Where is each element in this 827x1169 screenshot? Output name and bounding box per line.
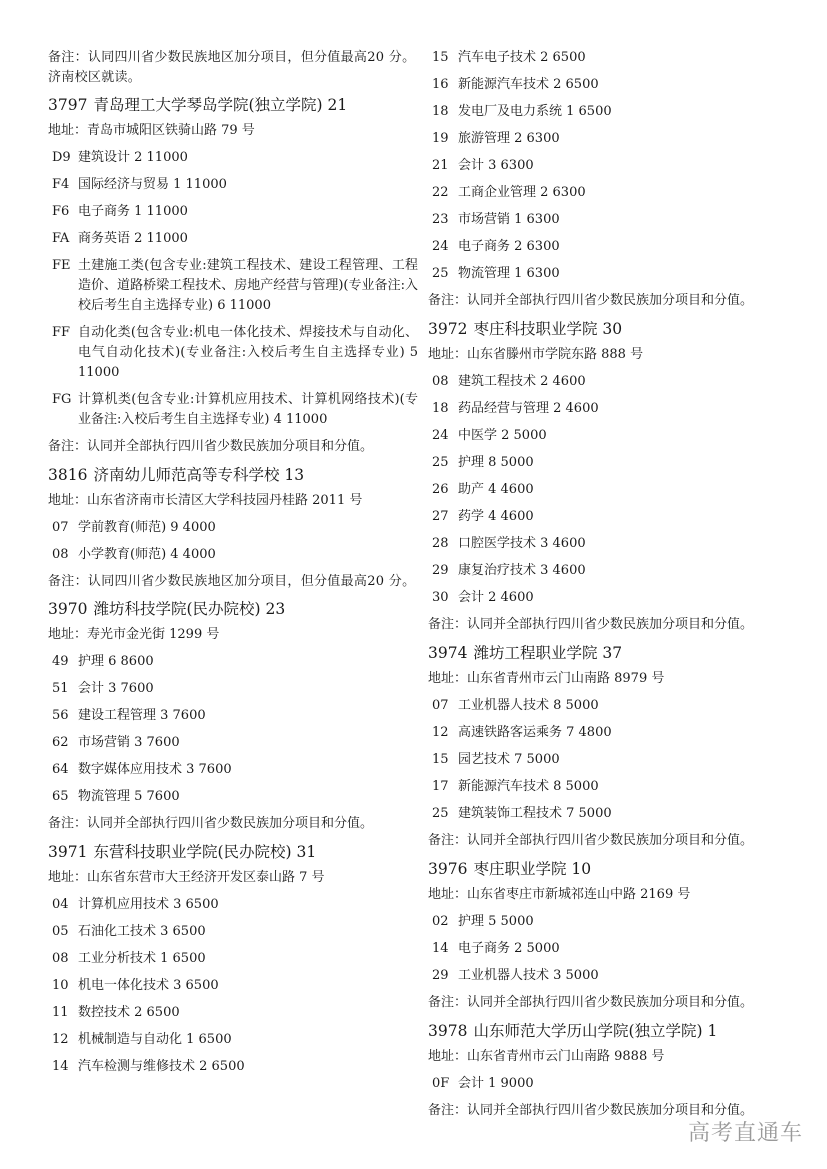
major-code: FE <box>48 256 78 316</box>
major-code: 24 <box>428 237 458 264</box>
major-item: 64数字媒体应用技术 3 7600 <box>48 760 418 787</box>
major-code: D9 <box>48 148 78 175</box>
major-text: 市场营销 3 7600 <box>78 733 418 760</box>
major-text: 会计 3 6300 <box>458 156 800 183</box>
school-name: 东营科技职业学院(民办院校) 31 <box>93 843 316 861</box>
major-code: 21 <box>428 156 458 183</box>
major-code: 25 <box>428 264 458 291</box>
major-text: 计算机应用技术 3 6500 <box>78 895 418 922</box>
major-text: 机电一体化技术 3 6500 <box>78 976 418 1003</box>
major-item: 15汽车电子技术 2 6500 <box>428 48 800 75</box>
major-code: 11 <box>48 1003 78 1030</box>
major-text: 小学教育(师范) 4 4000 <box>78 545 418 572</box>
major-code: 24 <box>428 426 458 453</box>
major-code: 65 <box>48 787 78 814</box>
major-item: 15园艺技术 7 5000 <box>428 750 800 777</box>
major-text: 工业机器人技术 3 5000 <box>458 966 800 993</box>
left-column: 备注：认同四川省少数民族地区加分项目，但分值最高20 分。济南校区就读。 379… <box>48 48 418 1084</box>
school-header: 3978山东师范大学历山学院(独立学院) 1 <box>428 1020 800 1047</box>
school-address: 地址：青岛市城阳区铁骑山路 79 号 <box>48 121 418 148</box>
major-text: 数字媒体应用技术 3 7600 <box>78 760 418 787</box>
major-item: 25护理 8 5000 <box>428 453 800 480</box>
major-item: 05石油化工技术 3 6500 <box>48 922 418 949</box>
school-header: 3972枣庄科技职业学院 30 <box>428 318 800 345</box>
major-code: 08 <box>48 949 78 976</box>
major-item: 25建筑装饰工程技术 7 5000 <box>428 804 800 831</box>
school-address: 地址：山东省枣庄市新城祁连山中路 2169 号 <box>428 885 800 912</box>
major-text: 学前教育(师范) 9 4000 <box>78 518 418 545</box>
school-code: 3970 <box>48 600 87 618</box>
major-item: FE土建施工类(包含专业:建筑工程技术、建设工程管理、工程造价、道路桥梁工程技术… <box>48 256 418 316</box>
major-item: 08工业分析技术 1 6500 <box>48 949 418 976</box>
major-item: 07工业机器人技术 8 5000 <box>428 696 800 723</box>
school-code: 3972 <box>428 320 467 338</box>
note: 备注：认同并全部执行四川省少数民族加分项目和分值。 <box>428 831 800 858</box>
major-text: 旅游管理 2 6300 <box>458 129 800 156</box>
major-code: 19 <box>428 129 458 156</box>
major-item: 29工业机器人技术 3 5000 <box>428 966 800 993</box>
major-code: 51 <box>48 679 78 706</box>
major-code: 62 <box>48 733 78 760</box>
major-code: 07 <box>428 696 458 723</box>
major-text: 发电厂及电力系统 1 6500 <box>458 102 800 129</box>
major-text: 机械制造与自动化 1 6500 <box>78 1030 418 1057</box>
major-text: 电子商务 2 5000 <box>458 939 800 966</box>
school-header: 3816济南幼儿师范高等专科学校 13 <box>48 464 418 491</box>
major-code: F6 <box>48 202 78 229</box>
school-address: 地址：山东省滕州市学院东路 888 号 <box>428 345 800 372</box>
major-code: 49 <box>48 652 78 679</box>
major-item: 07学前教育(师范) 9 4000 <box>48 518 418 545</box>
major-code: 10 <box>48 976 78 1003</box>
major-code: 04 <box>48 895 78 922</box>
school-name: 青岛理工大学琴岛学院(独立学院) 21 <box>93 96 347 114</box>
school-header: 3976枣庄职业学院 10 <box>428 858 800 885</box>
major-text: 药学 4 4600 <box>458 507 800 534</box>
major-item: 18发电厂及电力系统 1 6500 <box>428 102 800 129</box>
major-text: 国际经济与贸易 1 11000 <box>78 175 418 202</box>
major-text: 新能源汽车技术 8 5000 <box>458 777 800 804</box>
major-item: FF自动化类(包含专业:机电一体化技术、焊接技术与自动化、电气自动化技术)(专业… <box>48 323 418 383</box>
major-code: 25 <box>428 804 458 831</box>
major-item: 02护理 5 5000 <box>428 912 800 939</box>
school-address: 地址：山东省东营市大王经济开发区泰山路 7 号 <box>48 868 418 895</box>
major-code: 18 <box>428 102 458 129</box>
major-text: 园艺技术 7 5000 <box>458 750 800 777</box>
major-text: 建筑工程技术 2 4600 <box>458 372 800 399</box>
major-text: 护理 6 8600 <box>78 652 418 679</box>
major-code: 0F <box>428 1074 458 1101</box>
major-item: 08建筑工程技术 2 4600 <box>428 372 800 399</box>
major-code: 12 <box>428 723 458 750</box>
major-item: FA商务英语 2 11000 <box>48 229 418 256</box>
school-code: 3978 <box>428 1022 467 1040</box>
major-item: 56建设工程管理 3 7600 <box>48 706 418 733</box>
major-text: 护理 8 5000 <box>458 453 800 480</box>
major-code: 29 <box>428 561 458 588</box>
major-item: 14电子商务 2 5000 <box>428 939 800 966</box>
major-code: 16 <box>428 75 458 102</box>
major-item: 30会计 2 4600 <box>428 588 800 615</box>
major-text: 会计 1 9000 <box>458 1074 800 1101</box>
major-code: 05 <box>48 922 78 949</box>
major-code: 30 <box>428 588 458 615</box>
major-text: 工业分析技术 1 6500 <box>78 949 418 976</box>
major-text: 康复治疗技术 3 4600 <box>458 561 800 588</box>
major-item: 12高速铁路客运乘务 7 4800 <box>428 723 800 750</box>
school-header: 3797青岛理工大学琴岛学院(独立学院) 21 <box>48 94 418 121</box>
major-text: 土建施工类(包含专业:建筑工程技术、建设工程管理、工程造价、道路桥梁工程技术、房… <box>78 256 418 316</box>
major-text: 建筑设计 2 11000 <box>78 148 418 175</box>
major-item: 49护理 6 8600 <box>48 652 418 679</box>
major-text: 市场营销 1 6300 <box>458 210 800 237</box>
major-text: 石油化工技术 3 6500 <box>78 922 418 949</box>
major-item: D9建筑设计 2 11000 <box>48 148 418 175</box>
major-item: 11数控技术 2 6500 <box>48 1003 418 1030</box>
major-text: 数控技术 2 6500 <box>78 1003 418 1030</box>
school-header: 3971东营科技职业学院(民办院校) 31 <box>48 841 418 868</box>
major-code: 07 <box>48 518 78 545</box>
right-column: 15汽车电子技术 2 6500 16新能源汽车技术 2 6500 18发电厂及电… <box>428 48 800 1128</box>
major-code: FF <box>48 323 78 383</box>
major-item: FG计算机类(包含专业:计算机应用技术、计算机网络技术)(专业备注:入校后考生自… <box>48 390 418 430</box>
school-name: 潍坊工程职业学院 37 <box>473 644 622 662</box>
major-text: 计算机类(包含专业:计算机应用技术、计算机网络技术)(专业备注:入校后考生自主选… <box>78 390 418 430</box>
major-code: 18 <box>428 399 458 426</box>
major-code: 14 <box>428 939 458 966</box>
major-code: 12 <box>48 1030 78 1057</box>
major-text: 电子商务 1 11000 <box>78 202 418 229</box>
school-code: 3797 <box>48 96 87 114</box>
major-text: 工业机器人技术 8 5000 <box>458 696 800 723</box>
note: 备注：认同并全部执行四川省少数民族加分项目和分值。 <box>48 814 418 841</box>
note: 备注：认同并全部执行四川省少数民族加分项目和分值。 <box>428 615 800 642</box>
major-item: F6电子商务 1 11000 <box>48 202 418 229</box>
school-name: 山东师范大学历山学院(独立学院) 1 <box>473 1022 717 1040</box>
major-text: 新能源汽车技术 2 6500 <box>458 75 800 102</box>
major-item: F4国际经济与贸易 1 11000 <box>48 175 418 202</box>
school-code: 3816 <box>48 466 87 484</box>
major-code: 64 <box>48 760 78 787</box>
major-code: 25 <box>428 453 458 480</box>
major-code: 22 <box>428 183 458 210</box>
school-code: 3976 <box>428 860 467 878</box>
major-item: 22工商企业管理 2 6300 <box>428 183 800 210</box>
major-text: 汽车检测与维修技术 2 6500 <box>78 1057 418 1084</box>
major-code: 14 <box>48 1057 78 1084</box>
major-text: 物流管理 5 7600 <box>78 787 418 814</box>
major-text: 中医学 2 5000 <box>458 426 800 453</box>
school-address: 地址：山东省济南市长清区大学科技园丹桂路 2011 号 <box>48 491 418 518</box>
major-item: 04计算机应用技术 3 6500 <box>48 895 418 922</box>
school-address: 地址：山东省青州市云门山南路 8979 号 <box>428 669 800 696</box>
major-text: 高速铁路客运乘务 7 4800 <box>458 723 800 750</box>
note: 备注：认同四川省少数民族地区加分项目，但分值最高20 分。 <box>48 572 418 592</box>
major-item: 08小学教育(师范) 4 4000 <box>48 545 418 572</box>
major-text: 自动化类(包含专业:机电一体化技术、焊接技术与自动化、电气自动化技术)(专业备注… <box>78 323 418 383</box>
major-code: 28 <box>428 534 458 561</box>
major-code: 15 <box>428 750 458 777</box>
major-item: 29康复治疗技术 3 4600 <box>428 561 800 588</box>
major-text: 药品经营与管理 2 4600 <box>458 399 800 426</box>
major-item: 25物流管理 1 6300 <box>428 264 800 291</box>
major-code: 08 <box>48 545 78 572</box>
school-name: 济南幼儿师范高等专科学校 13 <box>93 466 304 484</box>
school-header: 3970潍坊科技学院(民办院校) 23 <box>48 598 418 625</box>
major-code: FG <box>48 390 78 430</box>
major-item: 18药品经营与管理 2 4600 <box>428 399 800 426</box>
note: 备注：认同并全部执行四川省少数民族加分项目和分值。 <box>428 993 800 1020</box>
major-code: 17 <box>428 777 458 804</box>
major-item: 65物流管理 5 7600 <box>48 787 418 814</box>
major-text: 建筑装饰工程技术 7 5000 <box>458 804 800 831</box>
major-text: 物流管理 1 6300 <box>458 264 800 291</box>
school-address: 地址：寿光市金光街 1299 号 <box>48 625 418 652</box>
major-item: 24电子商务 2 6300 <box>428 237 800 264</box>
school-name: 枣庄科技职业学院 30 <box>473 320 622 338</box>
school-name: 枣庄职业学院 10 <box>473 860 591 878</box>
major-text: 电子商务 2 6300 <box>458 237 800 264</box>
major-code: 26 <box>428 480 458 507</box>
school-code: 3971 <box>48 843 87 861</box>
major-code: 56 <box>48 706 78 733</box>
major-item: 26助产 4 4600 <box>428 480 800 507</box>
major-item: 24中医学 2 5000 <box>428 426 800 453</box>
school-header: 3974潍坊工程职业学院 37 <box>428 642 800 669</box>
major-code: 27 <box>428 507 458 534</box>
major-code: 23 <box>428 210 458 237</box>
note: 备注：认同四川省少数民族地区加分项目，但分值最高20 分。济南校区就读。 <box>48 48 418 88</box>
watermark: 高考直通车 <box>688 1116 803 1147</box>
major-text: 工商企业管理 2 6300 <box>458 183 800 210</box>
major-text: 建设工程管理 3 7600 <box>78 706 418 733</box>
major-code: 02 <box>428 912 458 939</box>
major-item: 51会计 3 7600 <box>48 679 418 706</box>
major-item: 0F会计 1 9000 <box>428 1074 800 1101</box>
major-item: 21会计 3 6300 <box>428 156 800 183</box>
major-item: 19旅游管理 2 6300 <box>428 129 800 156</box>
major-text: 汽车电子技术 2 6500 <box>458 48 800 75</box>
major-item: 17新能源汽车技术 8 5000 <box>428 777 800 804</box>
major-text: 商务英语 2 11000 <box>78 229 418 256</box>
note: 备注：认同并全部执行四川省少数民族加分项目和分值。 <box>428 291 800 318</box>
major-item: 27药学 4 4600 <box>428 507 800 534</box>
major-item: 62市场营销 3 7600 <box>48 733 418 760</box>
major-text: 会计 3 7600 <box>78 679 418 706</box>
major-text: 口腔医学技术 3 4600 <box>458 534 800 561</box>
major-code: 15 <box>428 48 458 75</box>
school-name: 潍坊科技学院(民办院校) 23 <box>93 600 285 618</box>
major-code: FA <box>48 229 78 256</box>
major-item: 23市场营销 1 6300 <box>428 210 800 237</box>
major-code: F4 <box>48 175 78 202</box>
school-address: 地址：山东省青州市云门山南路 9888 号 <box>428 1047 800 1074</box>
major-code: 08 <box>428 372 458 399</box>
major-text: 会计 2 4600 <box>458 588 800 615</box>
major-item: 10机电一体化技术 3 6500 <box>48 976 418 1003</box>
major-item: 16新能源汽车技术 2 6500 <box>428 75 800 102</box>
major-item: 14汽车检测与维修技术 2 6500 <box>48 1057 418 1084</box>
major-item: 28口腔医学技术 3 4600 <box>428 534 800 561</box>
major-text: 护理 5 5000 <box>458 912 800 939</box>
note: 备注：认同并全部执行四川省少数民族加分项目和分值。 <box>48 437 418 464</box>
major-code: 29 <box>428 966 458 993</box>
major-text: 助产 4 4600 <box>458 480 800 507</box>
school-code: 3974 <box>428 644 467 662</box>
major-item: 12机械制造与自动化 1 6500 <box>48 1030 418 1057</box>
